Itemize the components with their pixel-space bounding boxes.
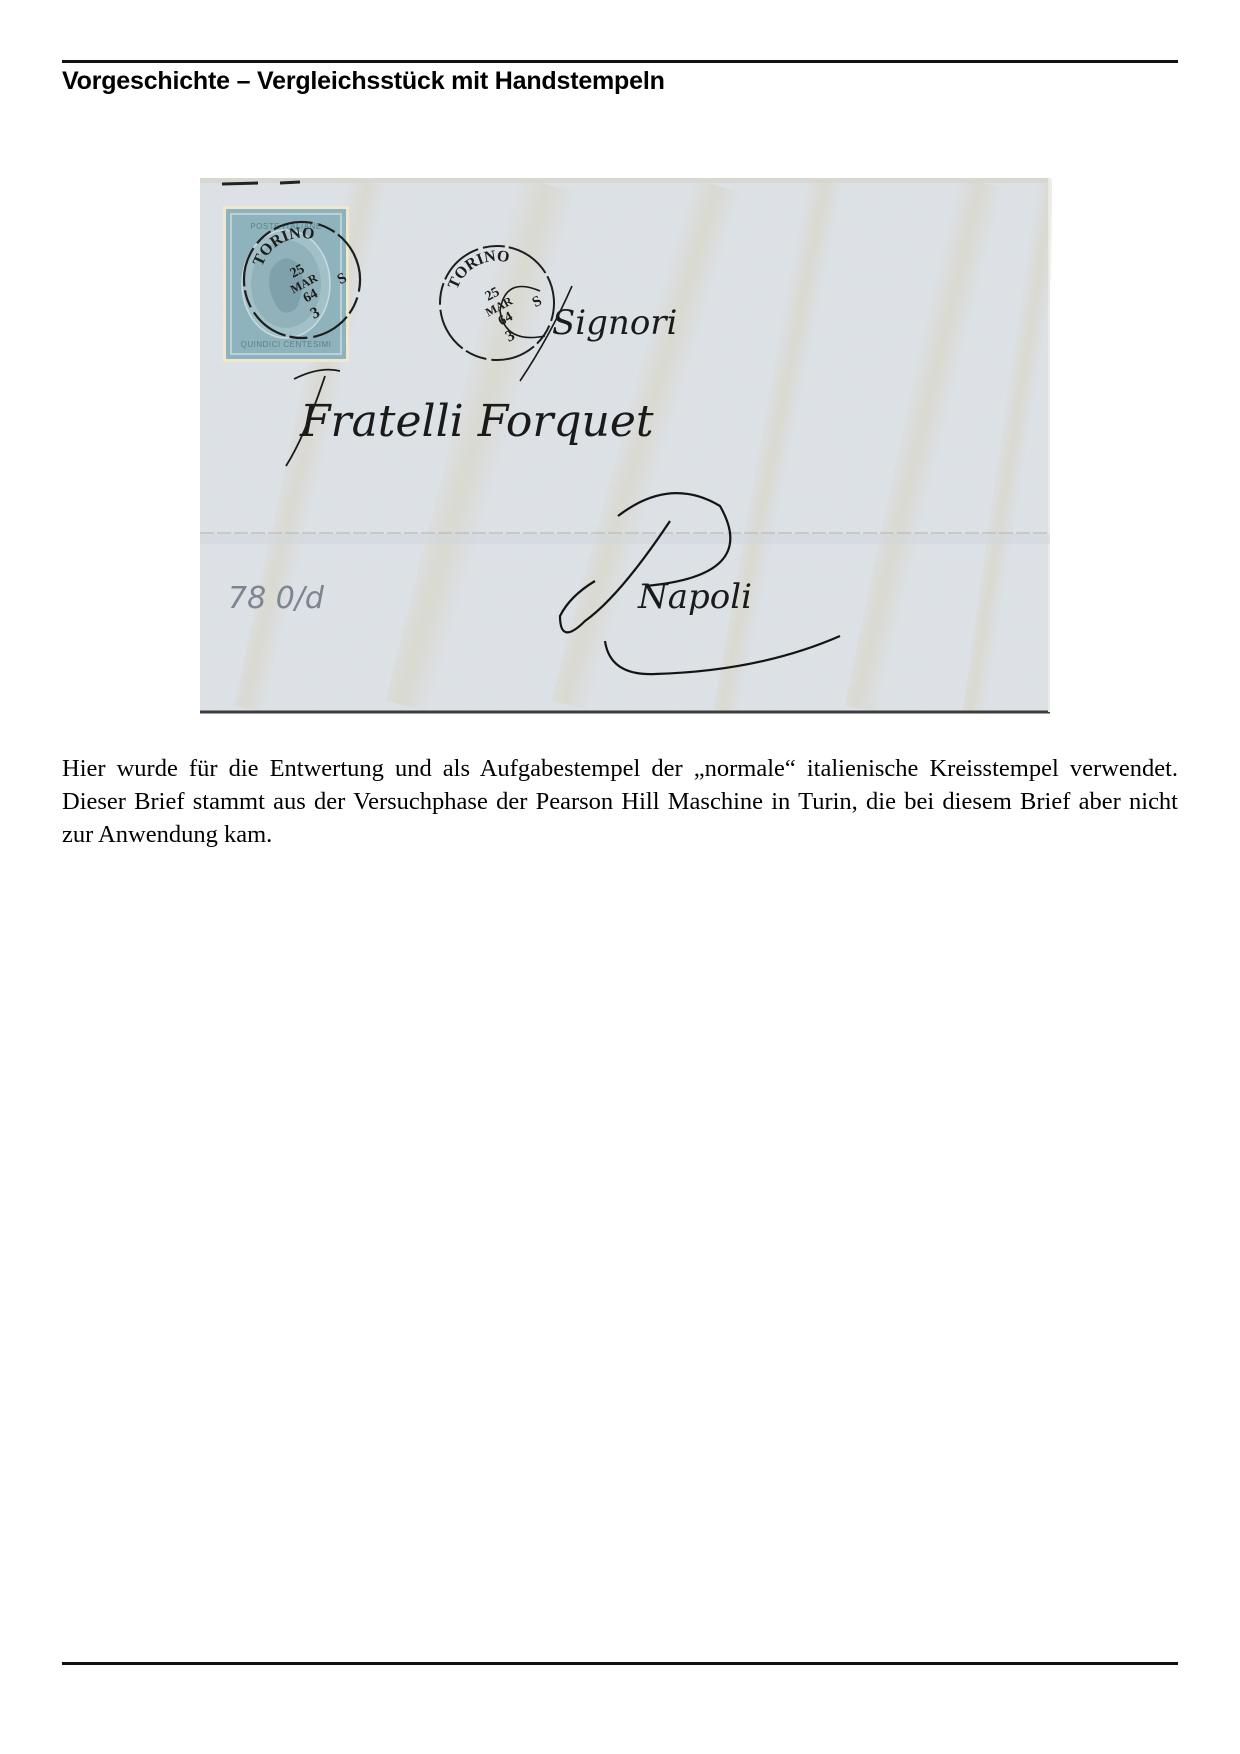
top-rule <box>62 60 1178 63</box>
bottom-rule <box>62 1662 1178 1665</box>
svg-text:Fratelli Forquet: Fratelli Forquet <box>299 396 654 447</box>
svg-text:Signori: Signori <box>552 303 677 343</box>
caption-paragraph: Hier wurde für die Entwertung und als Au… <box>62 752 1178 851</box>
pencil-note: 78 0/d <box>228 581 325 616</box>
cover-image: POSTE ITALIANE QUINDICI CENTESIMI TORINO… <box>200 176 1052 716</box>
stamp-bottom-text: QUINDICI CENTESIMI <box>241 340 332 349</box>
svg-text:Napoli: Napoli <box>637 577 752 617</box>
page-title: Vorgeschichte – Vergleichsstück mit Hand… <box>62 67 665 96</box>
